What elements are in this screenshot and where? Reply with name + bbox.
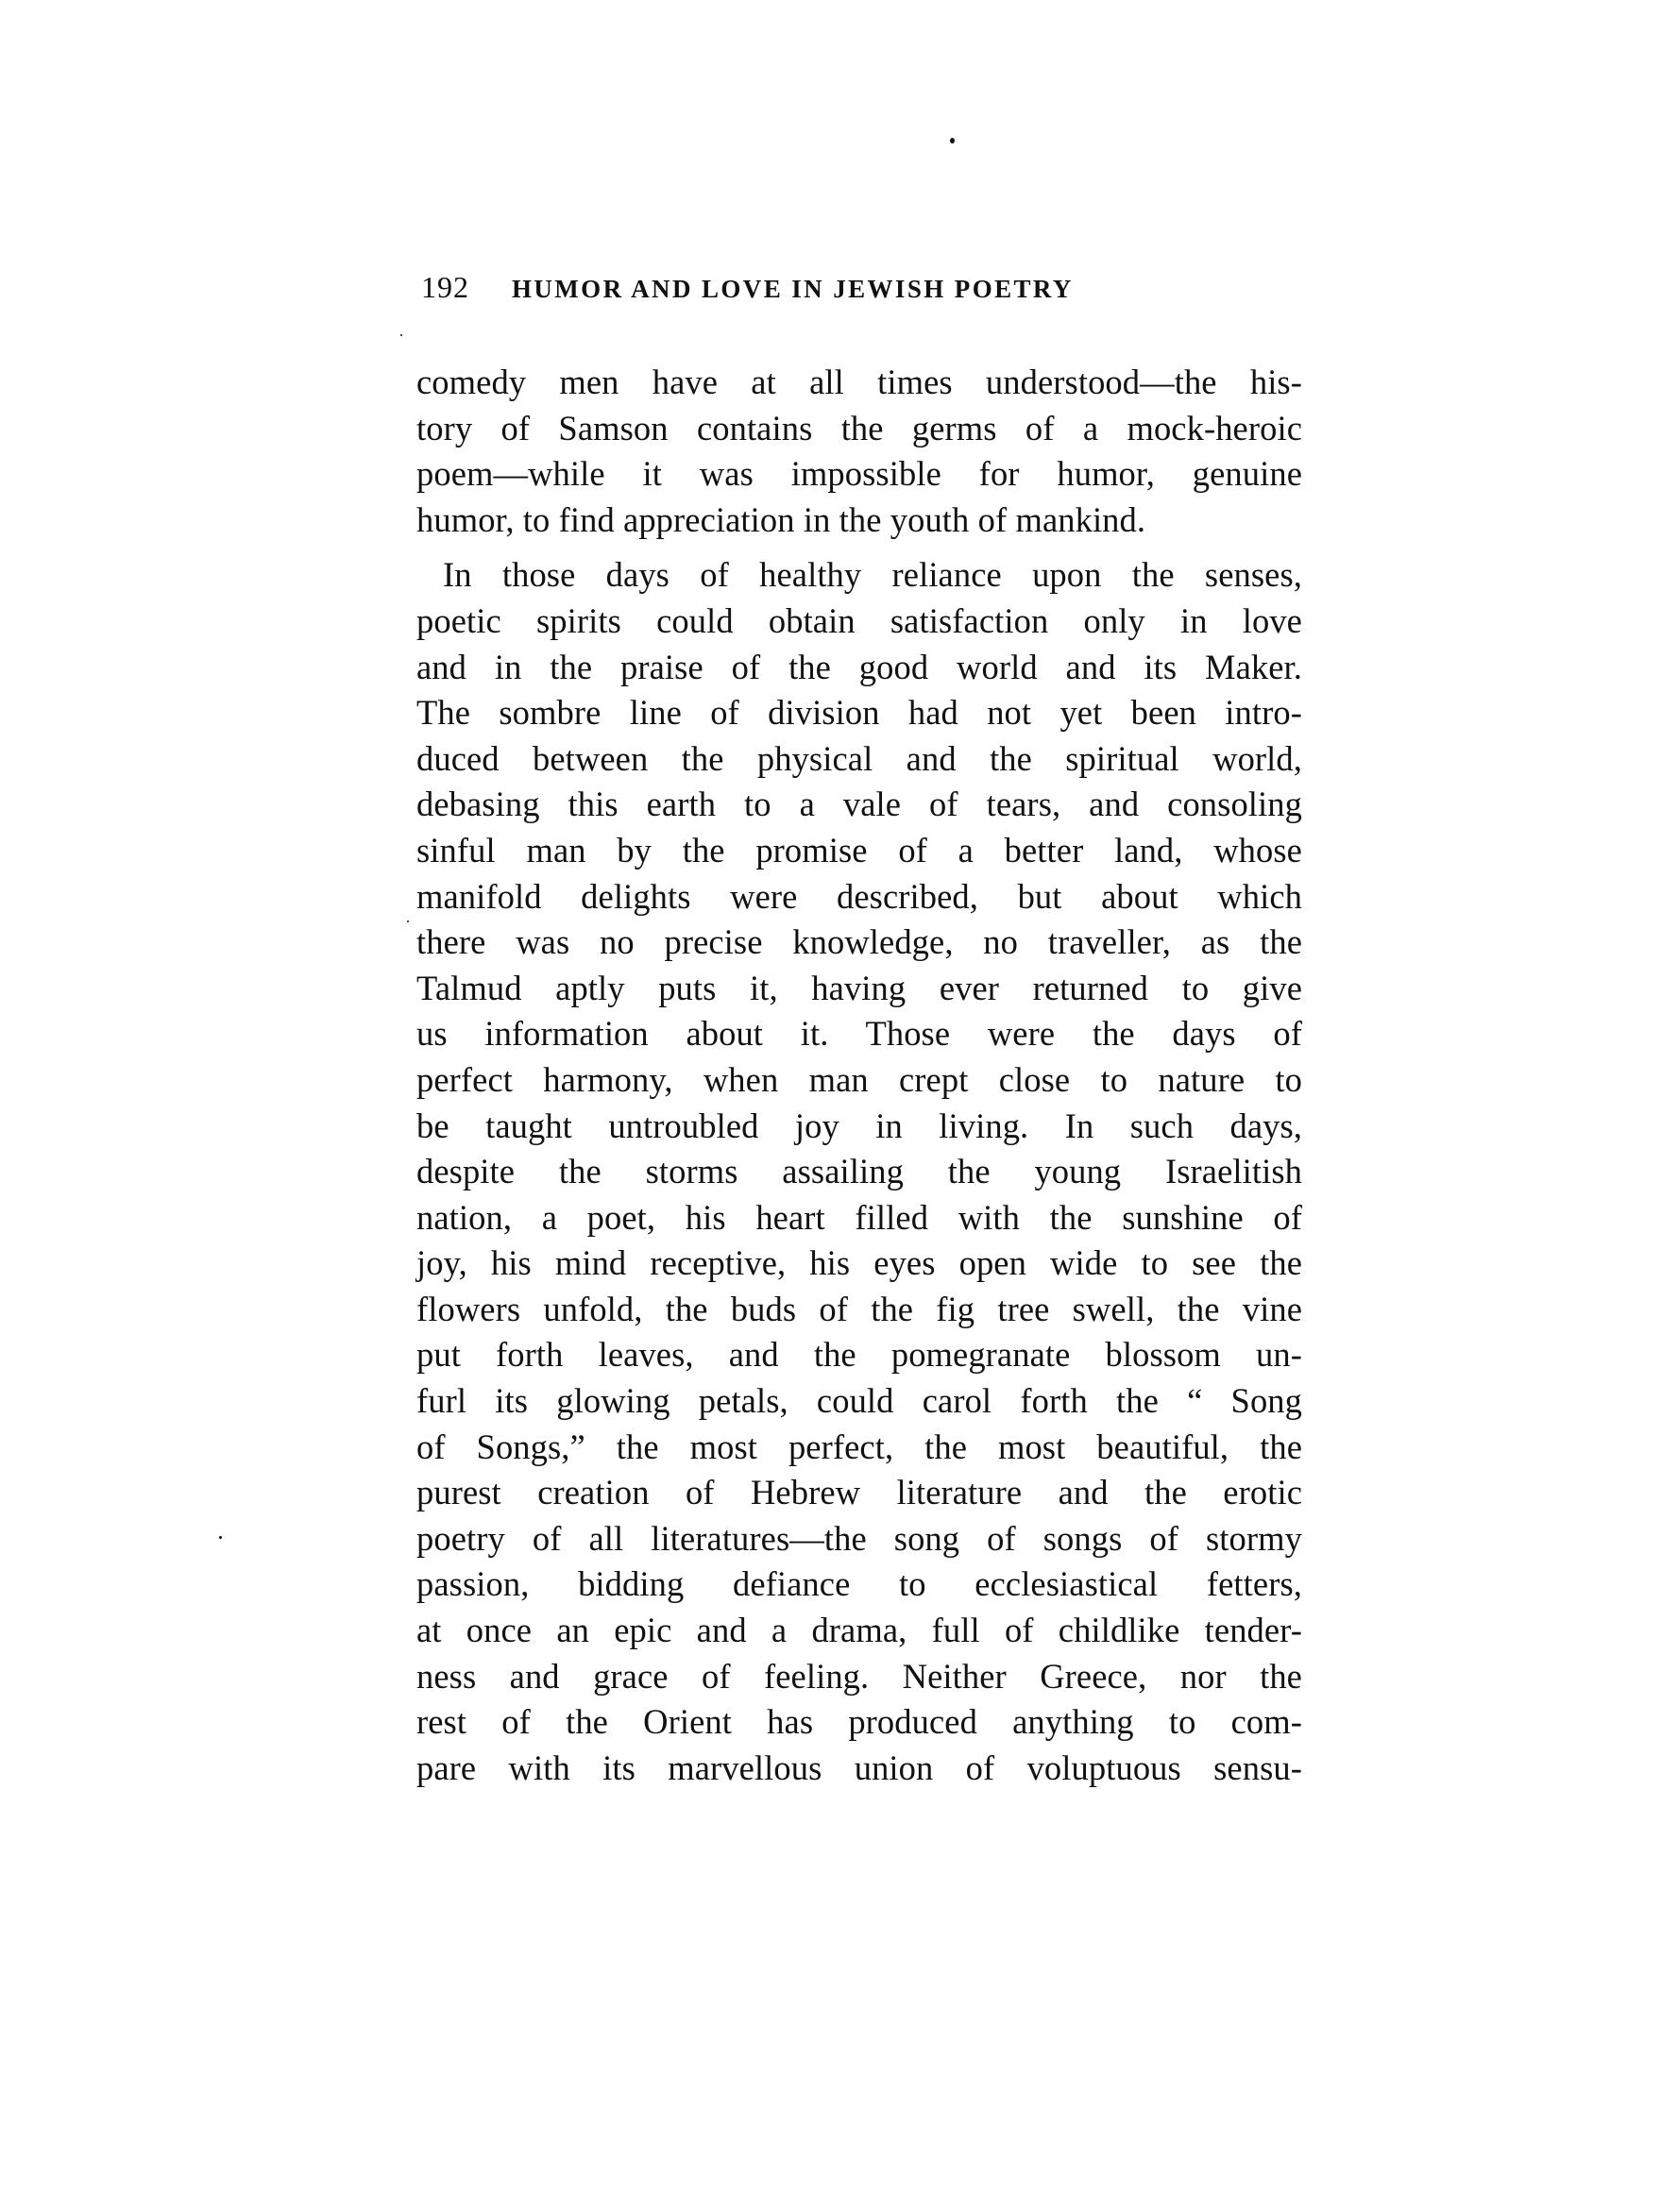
paragraph: comedy men have at all times understood—… bbox=[416, 360, 1302, 543]
text-line: be taught untroubled joy in living. In s… bbox=[416, 1104, 1302, 1150]
paragraph-gap bbox=[416, 543, 1302, 552]
text-line: manifold delights were described, but ab… bbox=[416, 874, 1302, 920]
text-line: nation, a poet, his heart filled with th… bbox=[416, 1195, 1302, 1241]
text-line: The sombre line of division had not yet … bbox=[416, 690, 1302, 736]
text-line: duced between the physical and the spiri… bbox=[416, 736, 1302, 783]
text-line: Talmud aptly puts it, having ever return… bbox=[416, 966, 1302, 1012]
scan-speck bbox=[950, 138, 955, 144]
text-line: at once an epic and a drama, full of chi… bbox=[416, 1608, 1302, 1654]
scan-speck bbox=[219, 1536, 222, 1539]
scan-speck bbox=[407, 920, 409, 922]
text-line: us information about it. Those were the … bbox=[416, 1011, 1302, 1057]
text-line: poetic spirits could obtain satisfaction… bbox=[416, 599, 1302, 645]
text-line: humor, to find appreciation in the youth… bbox=[416, 498, 1302, 544]
text-line: debasing this earth to a vale of tears, … bbox=[416, 782, 1302, 828]
running-head: 192 HUMOR AND LOVE IN JEWISH POETRY bbox=[421, 270, 1309, 308]
running-title: HUMOR AND LOVE IN JEWISH POETRY bbox=[512, 275, 1074, 304]
text-line: furl its glowing petals, could carol for… bbox=[416, 1378, 1302, 1425]
text-line: put forth leaves, and the pomegranate bl… bbox=[416, 1332, 1302, 1378]
text-line: In those days of healthy reliance upon t… bbox=[416, 552, 1302, 599]
text-line: rest of the Orient has produced anything… bbox=[416, 1699, 1302, 1746]
page-body: comedy men have at all times understood—… bbox=[416, 360, 1302, 1791]
text-line: ness and grace of feeling. Neither Greec… bbox=[416, 1654, 1302, 1700]
text-line: purest creation of Hebrew literature and… bbox=[416, 1470, 1302, 1516]
scan-speck bbox=[400, 334, 402, 336]
text-line: passion, bidding defiance to ecclesiasti… bbox=[416, 1562, 1302, 1608]
text-line: poem—while it was impossible for humor, … bbox=[416, 451, 1302, 498]
text-line: pare with its marvellous union of volupt… bbox=[416, 1746, 1302, 1792]
text-line: joy, his mind receptive, his eyes open w… bbox=[416, 1241, 1302, 1287]
text-line: poetry of all literatures—the song of so… bbox=[416, 1516, 1302, 1562]
text-line: of Songs,” the most perfect, the most be… bbox=[416, 1425, 1302, 1471]
text-line: sinful man by the promise of a better la… bbox=[416, 828, 1302, 874]
text-line: and in the praise of the good world and … bbox=[416, 645, 1302, 691]
text-line: flowers unfold, the buds of the fig tree… bbox=[416, 1287, 1302, 1333]
text-line: perfect harmony, when man crept close to… bbox=[416, 1057, 1302, 1104]
text-line: tory of Samson contains the germs of a m… bbox=[416, 406, 1302, 452]
text-line: comedy men have at all times understood—… bbox=[416, 360, 1302, 406]
page-number: 192 bbox=[421, 270, 512, 305]
text-line: there was no precise knowledge, no trave… bbox=[416, 920, 1302, 966]
paragraph: In those days of healthy reliance upon t… bbox=[416, 552, 1302, 1791]
text-line: despite the storms assailing the young I… bbox=[416, 1149, 1302, 1195]
